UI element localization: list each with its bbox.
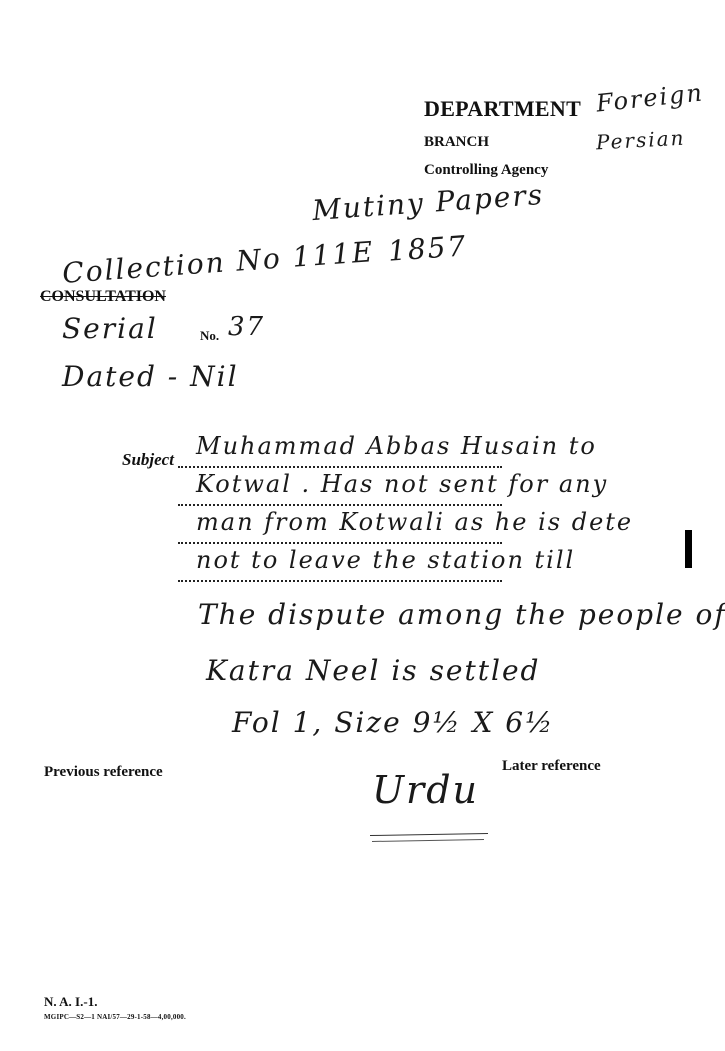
subject-label: Subject (122, 450, 174, 470)
language-annotation: Urdu (372, 768, 479, 812)
department-value: Foreign (595, 78, 705, 117)
margin-mark (685, 530, 692, 568)
collection-annotation: Collection No 111E (61, 235, 375, 290)
subject-dotted-line-4 (178, 580, 502, 582)
language-underline (370, 833, 488, 836)
subject-dotted-line-2 (178, 504, 502, 506)
controlling-agency-label: Controlling Agency (424, 162, 548, 179)
subject-line-4: not to leave the station till (196, 546, 575, 574)
subject-dotted-line-3 (178, 542, 502, 544)
subject-continuation-3: Fol 1, Size 9½ X 6½ (232, 706, 554, 739)
previous-reference-label: Previous reference (44, 764, 163, 781)
subject-dotted-line-1 (178, 466, 502, 468)
language-underline-second (372, 839, 484, 842)
subject-line-1: Muhammad Abbas Husain to (196, 432, 597, 460)
subject-continuation-1: The dispute among the people of (198, 598, 725, 631)
subject-continuation-2: Katra Neel is settled (206, 654, 540, 687)
later-reference-label: Later reference (502, 758, 601, 775)
serial-word: Serial (62, 312, 158, 345)
mutiny-papers-annotation: Mutiny Papers (311, 178, 545, 227)
branch-value: Persian (595, 126, 686, 155)
print-info: MGIPC—S2—1 NAI/57—29-1-58—4,00,000. (44, 1013, 186, 1021)
dated-field: Dated - Nil (62, 360, 239, 393)
consultation-label: CONSULTATION (40, 288, 166, 306)
department-label: DEPARTMENT (424, 96, 581, 122)
subject-line-3: man from Kotwali as he is dete (196, 508, 633, 536)
subject-line-2: Kotwal . Has not sent for any (196, 470, 608, 498)
branch-label: BRANCH (424, 134, 489, 151)
serial-number: 37 (228, 312, 265, 342)
mutiny-year-annotation: 1857 (387, 229, 468, 267)
serial-no-label: No. (200, 328, 219, 344)
form-code: N. A. I.-1. (44, 994, 97, 1010)
